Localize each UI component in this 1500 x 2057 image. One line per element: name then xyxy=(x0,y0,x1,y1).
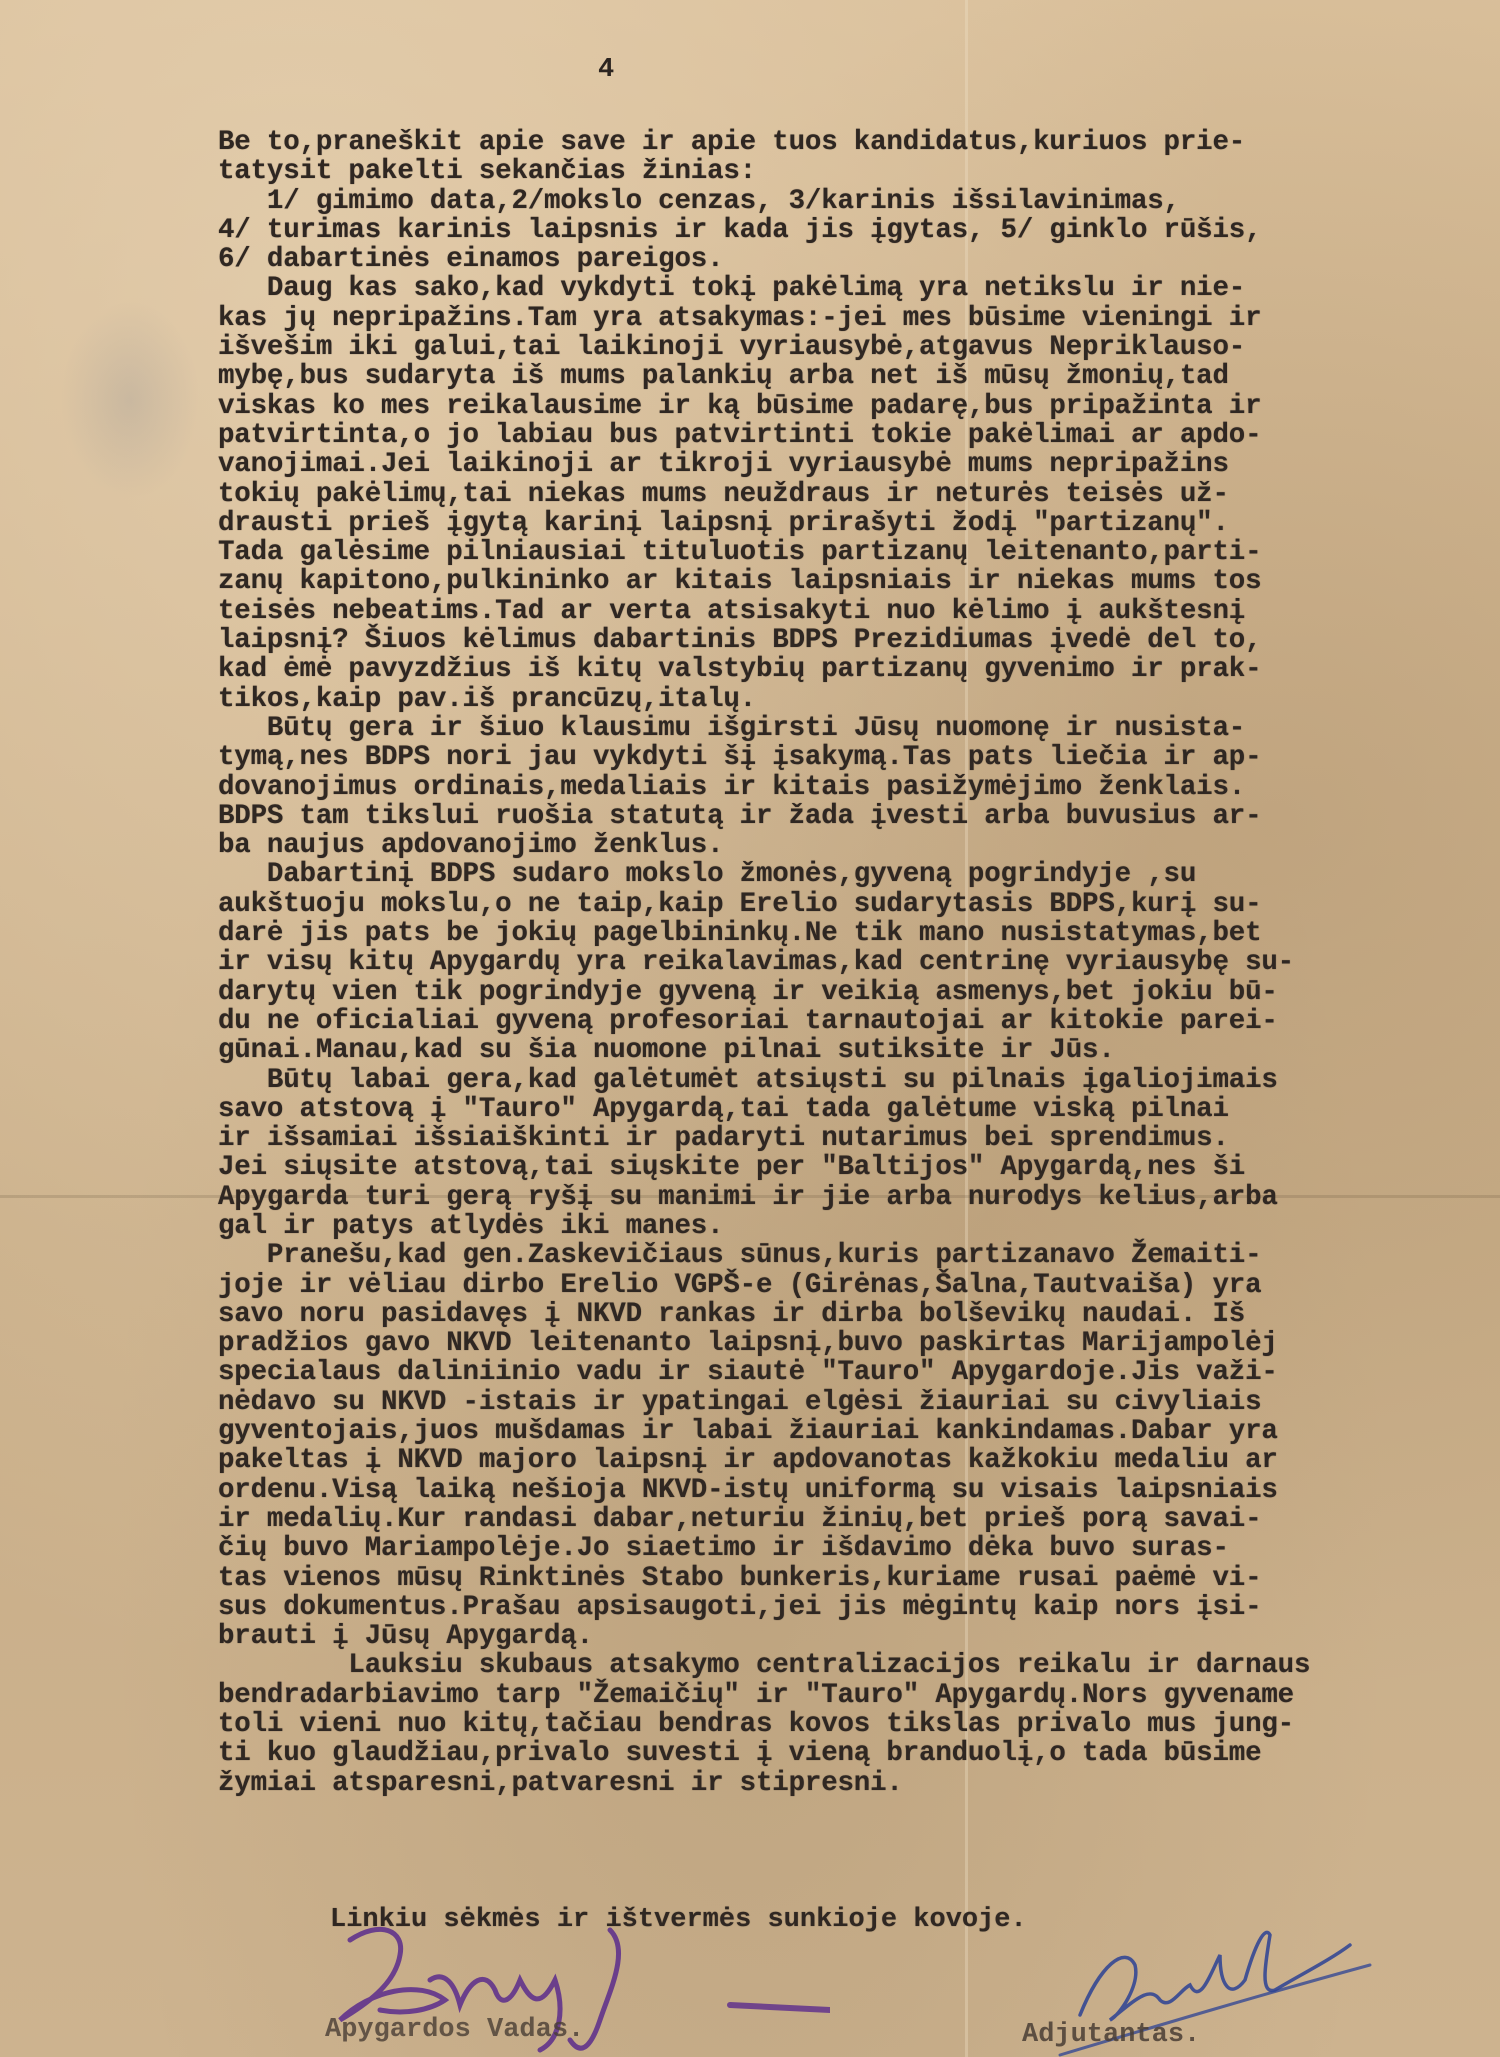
text-line: patvirtinta,o jo labiau bus patvirtinti … xyxy=(218,421,1458,450)
margin-stamp-faint xyxy=(60,300,200,500)
text-line: Be to,praneškit apie save ir apie tuos k… xyxy=(218,128,1458,157)
text-line: išvešim iki galui,tai laikinoji vyriausy… xyxy=(218,333,1458,362)
text-line: ir visų kitų Apygardų yra reikalavimas,k… xyxy=(218,948,1458,977)
text-line: gyventojais,juos mušdamas ir labai žiaur… xyxy=(218,1417,1458,1446)
text-line: drausti prieš įgytą karinį laipsnį prira… xyxy=(218,509,1458,538)
page-number: 4 xyxy=(598,55,614,85)
text-line: ordenu.Visą laiką nešioja NKVD-istų unif… xyxy=(218,1476,1458,1505)
text-line: Lauksiu skubaus atsakymo centralizacijos… xyxy=(218,1651,1458,1680)
text-line: Dabartinį BDPS sudaro mokslo žmonės,gyve… xyxy=(218,860,1458,889)
text-line: kad ėmė pavyzdžius iš kitų valstybių par… xyxy=(218,655,1458,684)
text-line: ir išsamiai išsiaiškinti ir padaryti nut… xyxy=(218,1124,1458,1153)
text-line: du ne oficialiai gyveną profesoriai tarn… xyxy=(218,1007,1458,1036)
signature-label-commander: Apygardos Vadas. xyxy=(325,2015,584,2045)
text-line: sus dokumentus.Prašau apsisaugoti,jei ji… xyxy=(218,1593,1458,1622)
text-line: pradžios gavo NKVD leitenanto laipsnį,bu… xyxy=(218,1329,1458,1358)
typed-body-text: Be to,praneškit apie save ir apie tuos k… xyxy=(218,128,1458,1798)
text-line: aukštuoju mokslu,o ne taip,kaip Erelio s… xyxy=(218,890,1458,919)
text-line: Daug kas sako,kad vykdyti tokį pakėlimą … xyxy=(218,274,1458,303)
text-line: ti kuo glaudžiau,privalo suvesti į vieną… xyxy=(218,1739,1458,1768)
text-line: kas jų nepripažins.Tam yra atsakymas:-je… xyxy=(218,304,1458,333)
text-line: tikos,kaip pav.iš prancūzų,italų. xyxy=(218,685,1458,714)
text-line: nėdavo su NKVD -istais ir ypatingai elgė… xyxy=(218,1388,1458,1417)
text-line: Tada galėsime pilniausiai tituluotis par… xyxy=(218,538,1458,567)
text-line: ba naujus apdovanojimo ženklus. xyxy=(218,831,1458,860)
text-line: laipsnį? Šiuos kėlimus dabartinis BDPS P… xyxy=(218,626,1458,655)
text-line: tymą,nes BDPS nori jau vykdyti šį įsakym… xyxy=(218,743,1458,772)
text-line: darytų vien tik pogrindyje gyveną ir vei… xyxy=(218,978,1458,1007)
text-line: Būtų gera ir šiuo klausimu išgirsti Jūsų… xyxy=(218,714,1458,743)
text-line: Būtų labai gera,kad galėtumėt atsiųsti s… xyxy=(218,1066,1458,1095)
signature-label-adjutant: Adjutantas. xyxy=(1022,2020,1200,2050)
text-line: toli vieni nuo kitų,tačiau bendras kovos… xyxy=(218,1710,1458,1739)
text-line: vanojimai.Jei laikinoji ar tikroji vyria… xyxy=(218,450,1458,479)
text-line: pakeltas į NKVD majoro laipsnį ir apdova… xyxy=(218,1446,1458,1475)
text-line: viskas ko mes reikalausime ir ką būsime … xyxy=(218,392,1458,421)
text-line: mybę,bus sudaryta iš mums palankių arba … xyxy=(218,362,1458,391)
text-line: savo noru pasidavęs į NKVD rankas ir dir… xyxy=(218,1300,1458,1329)
text-line: gal ir patys atlydės iki manes. xyxy=(218,1212,1458,1241)
text-line: gūnai.Manau,kad su šia nuomone pilnai su… xyxy=(218,1036,1458,1065)
text-line: čių buvo Mariampolėje.Jo siaetimo ir išd… xyxy=(218,1534,1458,1563)
text-line: žymiai atsparesni,patvaresni ir stipresn… xyxy=(218,1769,1458,1798)
text-line: 1/ gimimo data,2/mokslo cenzas, 3/karini… xyxy=(218,187,1458,216)
text-line: zanų kapitono,pulkininko ar kitais laips… xyxy=(218,567,1458,596)
text-line: Jei siųsite atstovą,tai siųskite per "Ba… xyxy=(218,1153,1458,1182)
text-line: darė jis pats be jokių pagelbininkų.Ne t… xyxy=(218,919,1458,948)
text-line: Apygarda turi gerą ryšį su manimi ir jie… xyxy=(218,1183,1458,1212)
text-line: joje ir vėliau dirbo Erelio VGPŠ-e (Girė… xyxy=(218,1271,1458,1300)
document-page: 4 Be to,praneškit apie save ir apie tuos… xyxy=(0,0,1500,2057)
text-line: teisės nebeatims.Tad ar verta atsisakyti… xyxy=(218,597,1458,626)
text-line: tokių pakėlimų,tai niekas mums neuždraus… xyxy=(218,480,1458,509)
text-line: specialaus daliniinio vadu ir siautė "Ta… xyxy=(218,1358,1458,1387)
text-line: dovanojimus ordinais,medaliais ir kitais… xyxy=(218,773,1458,802)
text-line: tatysit pakelti sekančias žinias: xyxy=(218,157,1458,186)
text-line: savo atstovą į "Tauro" Apygardą,tai tada… xyxy=(218,1095,1458,1124)
text-line: ir medalių.Kur randasi dabar,neturiu žin… xyxy=(218,1505,1458,1534)
text-line: bendradarbiavimo tarp "Žemaičių" ir "Tau… xyxy=(218,1681,1458,1710)
text-line: Pranešu,kad gen.Zaskevičiaus sūnus,kuris… xyxy=(218,1241,1458,1270)
text-line: tas vienos mūsų Rinktinės Stabo bunkeris… xyxy=(218,1564,1458,1593)
text-line: 4/ turimas karinis laipsnis ir kada jis … xyxy=(218,216,1458,245)
text-line: brauti į Jūsų Apygardą. xyxy=(218,1622,1458,1651)
text-line: 6/ dabartinės einamos pareigos. xyxy=(218,245,1458,274)
text-line: BDPS tam tikslui ruošia statutą ir žada … xyxy=(218,802,1458,831)
